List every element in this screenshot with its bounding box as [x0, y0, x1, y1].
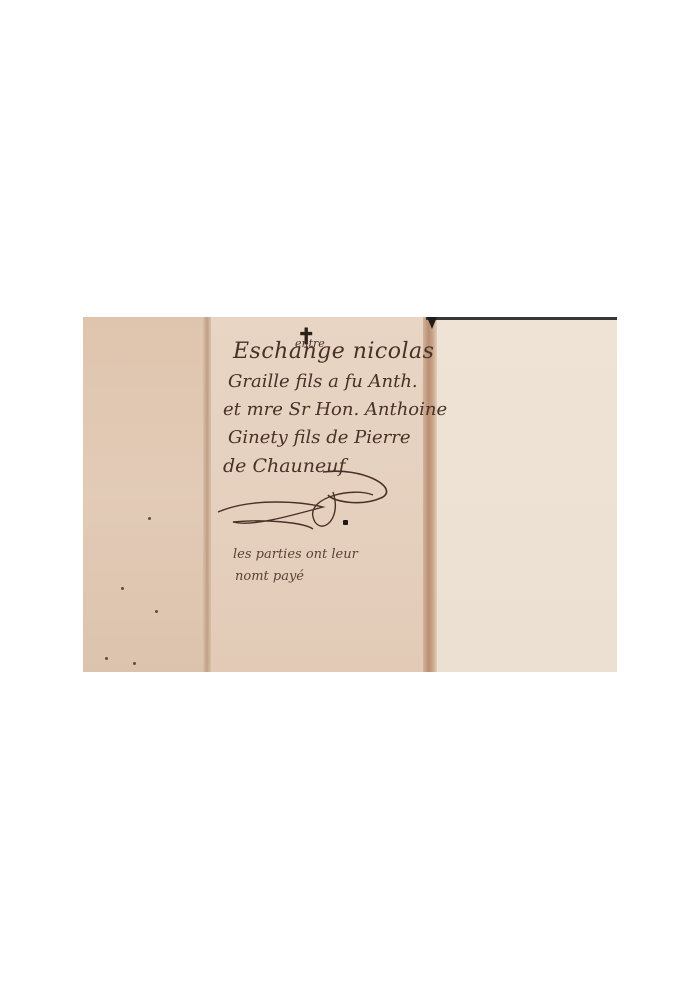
note-line-1: les parties ont leur — [233, 547, 358, 562]
right-panel-blank — [437, 317, 617, 672]
note-line-2: nomt payé — [235, 569, 304, 584]
docket-line-1: Eschange nicolas — [233, 339, 434, 364]
binding-notch — [427, 317, 437, 329]
docket-line-4: Ginety fils de Pierre — [228, 427, 411, 448]
paper-speck — [121, 587, 124, 590]
paper-speck — [133, 662, 136, 665]
docket-line-2: Graille fils a fu Anth. — [228, 371, 418, 392]
fold-crease-left — [203, 317, 211, 672]
ink-blot — [343, 520, 348, 525]
manuscript-scan: ✝ entre Eschange nicolas Graille fils a … — [83, 317, 617, 672]
paper-speck — [105, 657, 108, 660]
left-panel — [83, 317, 205, 672]
scan-edge-shadow — [426, 317, 617, 320]
signature-flourish — [213, 467, 423, 547]
fold-crease-right — [423, 317, 437, 672]
paper-speck — [155, 610, 158, 613]
paper-speck — [148, 517, 151, 520]
docket-line-3: et mre Sr Hon. Anthoine — [223, 399, 447, 420]
